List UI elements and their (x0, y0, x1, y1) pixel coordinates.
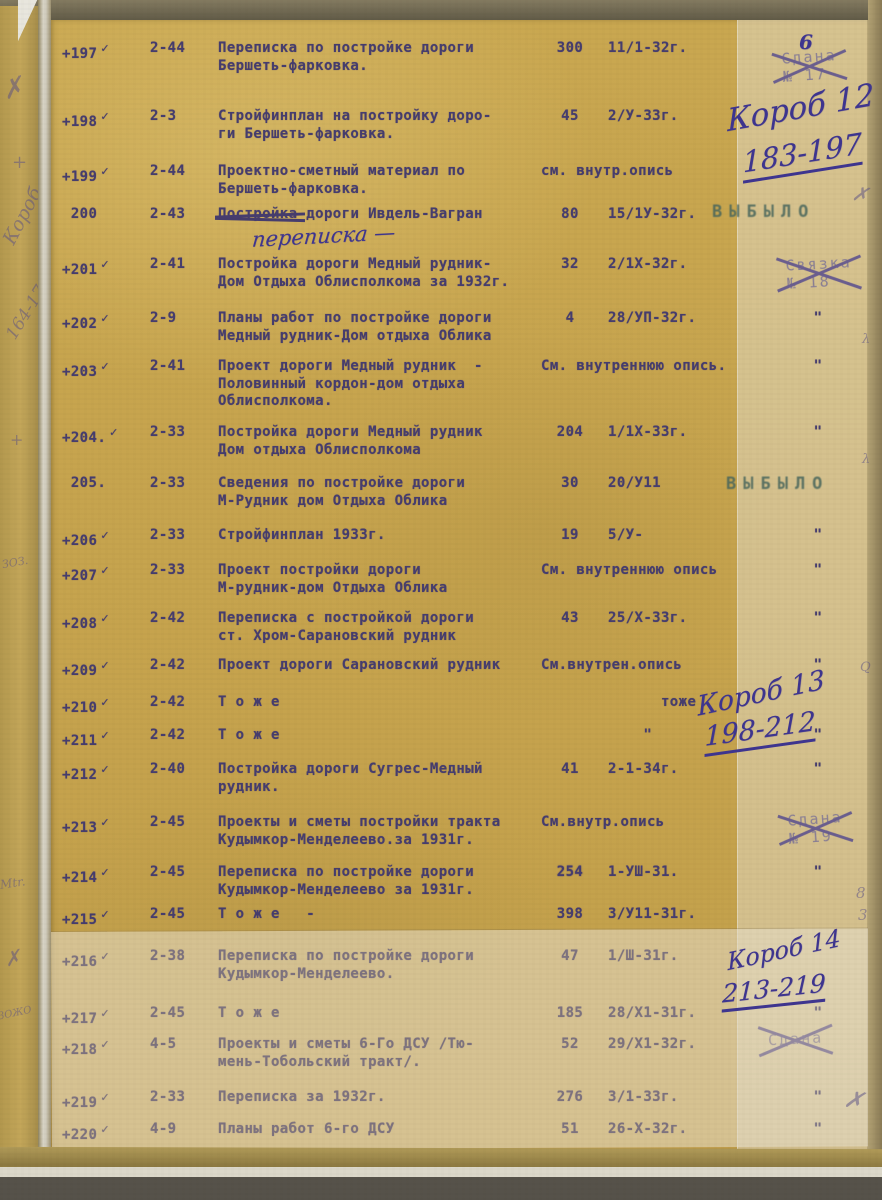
title-line: Переписка с постройкой дороги (218, 610, 568, 628)
entry-number: +218✓ (62, 1036, 110, 1060)
entry-title: Постройка дороги Сугрес-Медныйрудник. (218, 761, 568, 796)
sheet-count: 45 (541, 108, 599, 126)
note-mark: " (794, 1089, 842, 1107)
entry-number: +208✓ (62, 610, 110, 634)
index-code: 2-42 (150, 694, 185, 712)
note-mark: " (794, 610, 842, 628)
entry-title: Проектно-сметный материал поБершеть-фарк… (218, 163, 568, 198)
index-code: 2-33 (150, 562, 185, 580)
entry-date: 2/1Х-32г. (608, 256, 687, 274)
title-line: Кудымкор-Менделеево за 1931г. (218, 882, 568, 900)
sheet-count: 4 (541, 310, 599, 328)
title-line: рудник. (218, 779, 568, 797)
title-line: Т о ж е - (218, 906, 568, 924)
entry-number: +197✓ (62, 40, 110, 64)
note-mark: " (794, 1005, 842, 1023)
title-line: Постройка дороги Медный рудник (218, 424, 568, 442)
note-mark: " (794, 1121, 842, 1139)
entry-number: +199✓ (62, 163, 110, 187)
see-note: См.внутр.опись (541, 814, 665, 832)
entry-title: Проект постройки дорогиМ-рудник-дом Отды… (218, 562, 568, 597)
sheet-count: 185 (541, 1005, 599, 1023)
see-note: См.внутрен.опись (541, 657, 682, 675)
entry-number: +209✓ (62, 657, 110, 681)
check-mark: ✓ (109, 426, 119, 439)
entry-number: +217✓ (62, 1005, 110, 1029)
index-code: 2-33 (150, 424, 185, 442)
sheet-count: 43 (541, 610, 599, 628)
check-mark: ✓ (100, 729, 110, 742)
note-mark: " (794, 358, 842, 376)
sheet-count: 398 (541, 906, 599, 924)
title-line: Постройка дороги Медный рудник- (218, 256, 568, 274)
note-mark: " (794, 310, 842, 328)
index-code: 2-42 (150, 657, 185, 675)
note-mark: " (794, 562, 842, 580)
entry-title: Т о ж е (218, 727, 568, 745)
entry-number: 205. (62, 475, 106, 493)
document-scan: ✗Короб164-175++ЗОЗ.Мtr.✗ЗОЖО +197✓2-44Пе… (0, 0, 882, 1200)
entry-number: +213✓ (62, 814, 110, 838)
title-line: Переписка за 1932г. (218, 1089, 568, 1107)
stamp-vybylo-2: ВЫБЫЛО (726, 475, 829, 493)
entry-date: 11/1-32г. (608, 40, 687, 58)
index-code: 2-45 (150, 1005, 185, 1023)
index-code: 4-5 (150, 1036, 177, 1054)
entry-title: Т о ж е (218, 694, 568, 712)
index-code: 2-42 (150, 610, 185, 628)
see-note: См. внутреннюю опись. (541, 358, 726, 376)
entry-title: Т о ж е - (218, 906, 568, 924)
title-line: Проект дороги Медный рудник - (218, 358, 568, 376)
title-line: Проектно-сметный материал по (218, 163, 568, 181)
check-mark: ✓ (100, 1007, 110, 1020)
scribble: 8 (856, 884, 866, 902)
entry-title: Постройка дороги Медный рудник-Дом Отдых… (218, 256, 568, 291)
entry-title: Т о ж е (218, 1005, 568, 1023)
note-mark: " (794, 864, 842, 882)
check-mark: ✓ (100, 165, 110, 178)
entry-date: 2-1-34г. (608, 761, 679, 779)
stamp-sdana-17: Сдана№ 17 (781, 46, 839, 86)
title-line: Планы работ по постройке дороги (218, 310, 568, 328)
index-code: 2-33 (150, 475, 185, 493)
title-line: Медный рудник-Дом отдыха Облика (218, 328, 568, 346)
title-line: Дом отдыха Облисполкома (218, 442, 568, 460)
entry-number: +220✓ (62, 1121, 110, 1145)
sheet-count: 19 (541, 527, 599, 545)
index-code: 2-40 (150, 761, 185, 779)
title-line: Т о ж е (218, 1005, 568, 1023)
check-mark: ✓ (100, 866, 110, 879)
entry-date: 3/1-33г. (608, 1089, 679, 1107)
check-mark: ✓ (100, 1038, 110, 1051)
entry-number: 200 (62, 206, 97, 224)
scribble: Q (860, 660, 871, 675)
title-line: Кудымкор-Менделеево.за 1931г. (218, 832, 568, 850)
title-line: Т о ж е (218, 694, 568, 712)
scribble: ✗ (850, 181, 870, 207)
entry-number: +214✓ (62, 864, 110, 888)
entry-date: 25/Х-33г. (608, 610, 687, 628)
entry-date: 28/Х1-31г. (608, 1005, 696, 1023)
entry-title: Проект дороги Сарановский рудник (218, 657, 568, 675)
title-line: Кудымкор-Менделеево. (218, 966, 568, 984)
title-line: Проекты и сметы 6-Го ДСУ /Тю- (218, 1036, 568, 1054)
check-mark: ✓ (100, 1123, 110, 1136)
sheet-count: 30 (541, 475, 599, 493)
note-mark: " (794, 424, 842, 442)
entry-title: Проекты и сметы постройки трактаКудымкор… (218, 814, 568, 849)
entry-number: +216✓ (62, 948, 110, 972)
index-code: 2-42 (150, 727, 185, 745)
index-code: 2-45 (150, 814, 185, 832)
title-line: ги Бершеть-фарковка. (218, 126, 568, 144)
sheet-count: 276 (541, 1089, 599, 1107)
title-line: М-рудник-дом Отдыха Облика (218, 580, 568, 598)
title-line: Стройфинплан 1933г. (218, 527, 568, 545)
index-code: 2-44 (150, 40, 185, 58)
check-mark: ✓ (100, 950, 110, 963)
entry-title: Стройфинплан на постройку доро-ги Бершет… (218, 108, 568, 143)
entry-number: +201✓ (62, 256, 110, 280)
check-mark: ✓ (100, 312, 110, 325)
title-line: Половинный кордон-дом отдыха (218, 376, 568, 394)
check-mark: ✓ (100, 908, 110, 921)
scribble: 3 (858, 906, 868, 924)
title-line: Переписка по постройке дороги (218, 40, 568, 58)
entry-date: 2/У-33г. (608, 108, 679, 126)
see-note: См. внутреннюю опись (541, 562, 718, 580)
entry-date: " (608, 727, 652, 745)
index-code: 2-43 (150, 206, 185, 224)
title-line: Бершеть-фарковка. (218, 181, 568, 199)
sheet-count: 32 (541, 256, 599, 274)
index-code: 2-41 (150, 358, 185, 376)
entry-number: +215✓ (62, 906, 110, 930)
entry-date: 15/1У-32г. (608, 206, 696, 224)
entry-number: +212✓ (62, 761, 110, 785)
check-mark: ✓ (100, 816, 110, 829)
check-mark: ✓ (100, 696, 110, 709)
entry-date: тоже (608, 694, 696, 712)
stamp-sdana-19: Сдана№ 19 (787, 808, 845, 848)
title-line: Бершеть-фарковка. (218, 58, 568, 76)
title-line: Проект дороги Сарановский рудник (218, 657, 568, 675)
note-mark: " (794, 527, 842, 545)
entry-date: 28/УП-32г. (608, 310, 696, 328)
entry-title: Постройка дороги Медный рудникДом отдыха… (218, 424, 568, 459)
check-mark: ✓ (100, 360, 110, 373)
entry-number: +202✓ (62, 310, 110, 334)
note-mark: " (794, 761, 842, 779)
title-line: Переписка по постройке дороги (218, 864, 568, 882)
entry-title: Переписка по постройке дорогиКудымкор-Ме… (218, 948, 568, 983)
title-line: Планы работ 6-го ДСУ (218, 1121, 568, 1139)
index-code: 2-44 (150, 163, 185, 181)
index-code: 2-3 (150, 108, 177, 126)
entry-title: Переписка с постройкой дорогист. Хром-Са… (218, 610, 568, 645)
title-line: Сведения по постройке дороги (218, 475, 568, 493)
entry-date: 29/Х1-32г. (608, 1036, 696, 1054)
title-line: Проекты и сметы постройки тракта (218, 814, 568, 832)
stamp-vybylo-1: ВЫБЫЛО (712, 203, 815, 221)
title-line: Переписка по постройке дороги (218, 948, 568, 966)
entry-title: Переписка за 1932г. (218, 1089, 568, 1107)
check-mark: ✓ (100, 564, 110, 577)
check-mark: ✓ (100, 258, 110, 271)
sheet-count: 51 (541, 1121, 599, 1139)
title-line: Облисполкома. (218, 393, 568, 411)
entry-number: +206✓ (62, 527, 110, 551)
stamp-svyazka-18: Связка№ 18 (785, 253, 853, 292)
entry-date: 1-УШ-31. (608, 864, 679, 882)
scribble: λ (862, 332, 870, 347)
check-mark: ✓ (100, 1091, 110, 1104)
entry-number: +198✓ (62, 108, 110, 132)
entry-number: +211✓ (62, 727, 110, 751)
entry-title: Планы работ 6-го ДСУ (218, 1121, 568, 1139)
scribble: λ (862, 452, 870, 467)
index-code: 2-9 (150, 310, 177, 328)
title-line: М-Рудник дом Отдыха Облика (218, 493, 568, 511)
entry-title: Планы работ по постройке дорогиМедный ру… (218, 310, 568, 345)
entry-date: 1/Ш-31г. (608, 948, 679, 966)
struck-word: Постройка (218, 206, 297, 224)
check-mark: ✓ (100, 612, 110, 625)
entry-title: Проекты и сметы 6-Го ДСУ /Тю-мень-Тоболь… (218, 1036, 568, 1071)
entry-title: Проект дороги Медный рудник -Половинный … (218, 358, 568, 411)
sheet-count: 204 (541, 424, 599, 442)
entry-number: +219✓ (62, 1089, 110, 1113)
index-code: 2-33 (150, 1089, 185, 1107)
entry-title: Сведения по постройке дорогиМ-Рудник дом… (218, 475, 568, 510)
check-mark: ✓ (100, 659, 110, 672)
index-code: 2-45 (150, 864, 185, 882)
entry-title: Переписка по постройке дорогиКудымкор-Ме… (218, 864, 568, 899)
check-mark: ✓ (100, 529, 110, 542)
index-code: 2-41 (150, 256, 185, 274)
sheet-count: 300 (541, 40, 599, 58)
title-line: Стройфинплан на постройку доро- (218, 108, 568, 126)
sheet-count: 254 (541, 864, 599, 882)
title-line: Т о ж е (218, 727, 568, 745)
entry-number: +204.✓ (62, 424, 119, 448)
check-mark: ✓ (100, 42, 110, 55)
title-line: Проект постройки дороги (218, 562, 568, 580)
entry-date: 1/1Х-33г. (608, 424, 687, 442)
entry-date: 20/У11 (608, 475, 661, 493)
sheet-count: 52 (541, 1036, 599, 1054)
index-code: 2-33 (150, 527, 185, 545)
entry-number: +210✓ (62, 694, 110, 718)
entry-title: Стройфинплан 1933г. (218, 527, 568, 545)
entry-number: +203✓ (62, 358, 110, 382)
title-line: Постройка дороги Сугрес-Медный (218, 761, 568, 779)
sheet-count: 47 (541, 948, 599, 966)
sheet-count: 80 (541, 206, 599, 224)
index-code: 2-38 (150, 948, 185, 966)
check-mark: ✓ (100, 110, 110, 123)
stamp-sdana-20: Сдана (768, 1029, 824, 1050)
entry-title: Переписка по постройке дорогиБершеть-фар… (218, 40, 568, 75)
entry-date: 26-Х-32г. (608, 1121, 687, 1139)
see-note: см. внутр.опись (541, 163, 673, 181)
entry-number: +207✓ (62, 562, 110, 586)
index-code: 4-9 (150, 1121, 177, 1139)
title-line: ст. Хром-Сарановский рудник (218, 628, 568, 646)
check-mark: ✓ (100, 763, 110, 776)
title-line: мень-Тобольский тракт/. (218, 1054, 568, 1072)
entry-date: 3/У11-31г. (608, 906, 696, 924)
title-line: Дом Отдыха Облисполкома за 1932г. (218, 274, 568, 292)
sheet-count: 41 (541, 761, 599, 779)
index-code: 2-45 (150, 906, 185, 924)
entry-date: 5/У- (608, 527, 643, 545)
